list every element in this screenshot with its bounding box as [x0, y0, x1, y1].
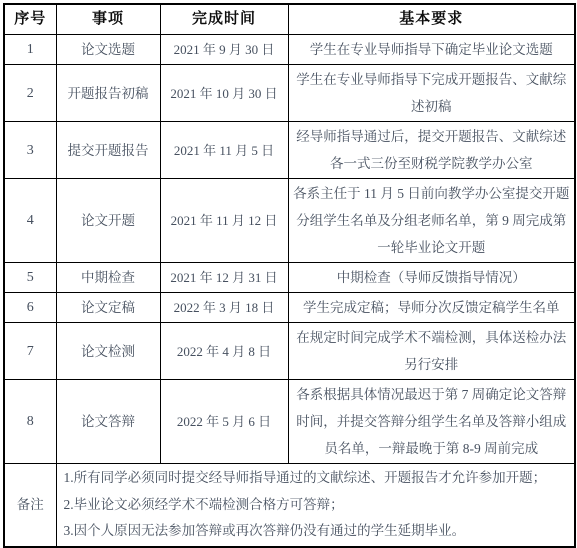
row-requirement: 中期检查（导师反馈指导情况） — [288, 263, 575, 293]
row-time: 2021 年 12 月 31 日 — [160, 263, 288, 293]
note-line: 3.因个人原因无法参加答辩或再次答辩仍没有通过的学生延期毕业。 — [64, 518, 571, 545]
row-item: 中期检查 — [56, 263, 160, 293]
row-time: 2021 年 11 月 5 日 — [160, 122, 288, 179]
header-time: 完成时间 — [160, 4, 288, 35]
row-requirement: 在规定时间完成学术不端检测，具体送检办法另行安排 — [288, 323, 575, 380]
notes-row: 备注 1.所有同学必须同时提交经导师指导通过的文献综述、开题报告才允许参加开题；… — [4, 464, 575, 547]
document-page: 序号 事项 完成时间 基本要求 1 论文选题 2021 年 9 月 30 日 学… — [0, 0, 577, 535]
row-no: 1 — [4, 35, 56, 65]
note-line: 2.毕业论文必须经学术不端检测合格方可答辩； — [64, 492, 571, 519]
row-requirement: 各系主任于 11 月 5 日前向教学办公室提交开题分组学生名单及分组老师名单，第… — [288, 179, 575, 263]
row-no: 7 — [4, 323, 56, 380]
row-requirement: 学生完成定稿；导师分次反馈定稿学生名单 — [288, 293, 575, 323]
table-row: 4 论文开题 2021 年 11 月 12 日 各系主任于 11 月 5 日前向… — [4, 179, 575, 263]
row-requirement: 各系根据具体情况最迟于第 7 周确定论文答辩时间，并提交答辩分组学生名单及答辩小… — [288, 380, 575, 464]
row-requirement: 学生在专业导师指导下完成开题报告、文献综述初稿 — [288, 65, 575, 122]
row-time: 2022 年 3 月 18 日 — [160, 293, 288, 323]
table-row: 2 开题报告初稿 2021 年 10 月 30 日 学生在专业导师指导下完成开题… — [4, 65, 575, 122]
notes-content: 1.所有同学必须同时提交经导师指导通过的文献综述、开题报告才允许参加开题； 2.… — [56, 464, 575, 547]
row-item: 论文选题 — [56, 35, 160, 65]
row-time: 2021 年 9 月 30 日 — [160, 35, 288, 65]
table-row: 1 论文选题 2021 年 9 月 30 日 学生在专业导师指导下确定毕业论文选… — [4, 35, 575, 65]
table-header-row: 序号 事项 完成时间 基本要求 — [4, 4, 575, 35]
row-time: 2022 年 5 月 6 日 — [160, 380, 288, 464]
header-requirement: 基本要求 — [288, 4, 575, 35]
row-no: 5 — [4, 263, 56, 293]
note-line: 1.所有同学必须同时提交经导师指导通过的文献综述、开题报告才允许参加开题； — [64, 465, 571, 492]
row-time: 2022 年 4 月 8 日 — [160, 323, 288, 380]
row-no: 4 — [4, 179, 56, 263]
row-item: 论文定稿 — [56, 293, 160, 323]
row-requirement: 经导师指导通过后，提交开题报告、文献综述各一式三份至财税学院教学办公室 — [288, 122, 575, 179]
row-item: 开题报告初稿 — [56, 65, 160, 122]
table-row: 6 论文定稿 2022 年 3 月 18 日 学生完成定稿；导师分次反馈定稿学生… — [4, 293, 575, 323]
notes-label: 备注 — [4, 464, 56, 547]
thesis-schedule-table: 序号 事项 完成时间 基本要求 1 论文选题 2021 年 9 月 30 日 学… — [3, 3, 576, 548]
row-no: 8 — [4, 380, 56, 464]
table-row: 3 提交开题报告 2021 年 11 月 5 日 经导师指导通过后，提交开题报告… — [4, 122, 575, 179]
table-row: 7 论文检测 2022 年 4 月 8 日 在规定时间完成学术不端检测，具体送检… — [4, 323, 575, 380]
table-row: 5 中期检查 2021 年 12 月 31 日 中期检查（导师反馈指导情况） — [4, 263, 575, 293]
row-requirement: 学生在专业导师指导下确定毕业论文选题 — [288, 35, 575, 65]
row-item: 论文开题 — [56, 179, 160, 263]
table-row: 8 论文答辩 2022 年 5 月 6 日 各系根据具体情况最迟于第 7 周确定… — [4, 380, 575, 464]
row-no: 2 — [4, 65, 56, 122]
row-no: 3 — [4, 122, 56, 179]
row-time: 2021 年 11 月 12 日 — [160, 179, 288, 263]
header-item: 事项 — [56, 4, 160, 35]
row-item: 提交开题报告 — [56, 122, 160, 179]
row-item: 论文答辩 — [56, 380, 160, 464]
row-no: 6 — [4, 293, 56, 323]
header-no: 序号 — [4, 4, 56, 35]
row-time: 2021 年 10 月 30 日 — [160, 65, 288, 122]
row-item: 论文检测 — [56, 323, 160, 380]
